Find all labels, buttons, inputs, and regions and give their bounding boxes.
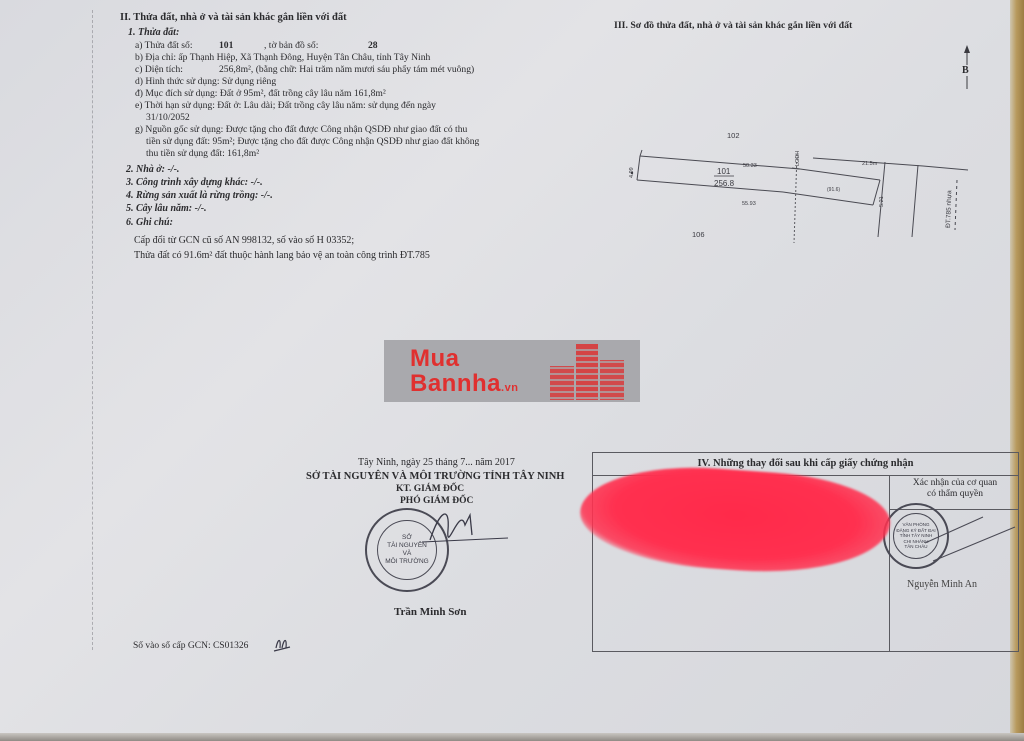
origin-line-2: tiền sử dụng đất: 95m²; Được tặng cho đấ… [146, 136, 479, 148]
house-item: 2. Nhà ở: -/-. [126, 164, 179, 175]
watermark-line-2: Bannha [410, 370, 501, 397]
section-2-title: II. Thửa đất, nhà ở và tài sản khác gắn … [120, 12, 347, 23]
north-label: B [962, 65, 969, 76]
neighbor-102: 102 [727, 131, 740, 140]
origin-line-3: thu tiền sử dụng đất: 161,8m² [146, 148, 259, 160]
watermark-logo: Mua Bannha.vn [384, 340, 640, 402]
address-line: b) Địa chỉ: ấp Thạnh Hiệp, Xã Thạnh Đông… [135, 52, 430, 64]
dim-left: 4.99 [629, 167, 635, 178]
building-icon [546, 342, 636, 402]
origin-line-1: g) Nguồn gốc sử dụng: Được tặng cho đất … [135, 124, 467, 136]
signature-scribble [420, 500, 510, 550]
area-label: c) Diện tích: [135, 64, 183, 76]
north-arrow-icon: B [960, 45, 974, 89]
parcel-number-value: 101 [219, 40, 233, 52]
dim-right: 5.21 [879, 196, 885, 207]
initials-scribble [272, 634, 292, 654]
stamp-line: SỞ [402, 534, 412, 542]
map-sheet-label: , tờ bản đồ số: [264, 40, 318, 52]
other-construction-item: 3. Công trình xây dựng khác: -/-. [126, 177, 263, 188]
authority-confirmation-header: Xác nhận của cơ quan có thẩm quyền [891, 478, 1019, 500]
planted-forest-item: 4. Rừng sản xuất là rừng trồng: -/-. [126, 190, 273, 201]
note-line-2: Thửa đất có 91.6m² đất thuộc hành lang b… [134, 250, 430, 262]
parcel-number-label-diagram: 101 [717, 167, 731, 176]
parcel-area-label-diagram: 256.8 [714, 179, 735, 188]
registry-number: Số vào sổ cấp GCN: CS01326 [133, 640, 248, 652]
fold-line [92, 10, 93, 650]
bottom-shadow [0, 733, 1024, 741]
usage-term-line: e) Thời hạn sử dụng: Đất ở: Lâu dài; Đất… [135, 100, 436, 112]
dim-bottom: 55.93 [742, 201, 756, 207]
parcel-diagram: 102 106 101 256.8 50.33 55.93 (91.6) 21.… [600, 110, 990, 260]
branch-signer-name: Nguyễn Minh An [907, 579, 977, 590]
section-3-title: III. Sơ đồ thửa đất, nhà ở và tài sản kh… [614, 20, 852, 31]
usage-form-line: d) Hình thức sử dụng: Sử dụng riêng [135, 76, 276, 88]
note-line-1: Cấp đổi từ GCN cũ số AN 998132, số vào s… [134, 235, 354, 247]
usage-term-date: 31/10/2052 [146, 112, 190, 124]
watermark-suffix: .vn [501, 382, 518, 394]
authority-header-line-1: Xác nhận của cơ quan [891, 478, 1019, 489]
authority-header-line-2: có thẩm quyền [891, 489, 1019, 500]
dim-right-top: 21.5m [862, 161, 878, 167]
place-date: Tây Ninh, ngày 25 tháng 7... năm 2017 [358, 457, 515, 469]
perennial-trees-item: 5. Cây lâu năm: -/-. [126, 203, 207, 214]
land-parcel-heading: 1. Thửa đất: [128, 27, 179, 38]
corridor-area: (91.6) [827, 187, 840, 193]
watermark-line-1: Mua [410, 346, 518, 371]
area-value: 256,8m², (bằng chữ: Hai trăm năm mươi sá… [219, 64, 474, 76]
branch-signature-scribble [923, 513, 1018, 563]
stamp-line: MÔI TRƯỜNG [385, 558, 429, 566]
corridor-label: LGĐH [795, 151, 801, 166]
signer-role-1: KT. GIÁM ĐỐC [396, 484, 464, 494]
stamp-line: VÀ [403, 550, 412, 558]
signer-name: Trần Minh Sơn [394, 606, 467, 618]
column-divider [889, 475, 890, 651]
parcel-number-label: a) Thửa đất số: [135, 40, 193, 52]
issuing-agency: SỞ TÀI NGUYÊN VÀ MÔI TRƯỜNG TỈNH TÂY NIN… [306, 471, 564, 482]
usage-purpose-line: đ) Mục đích sử dụng: Đất ở 95m², đất trồ… [135, 88, 386, 100]
notes-heading: 6. Ghi chú: [126, 217, 173, 228]
neighbor-106: 106 [692, 230, 705, 239]
map-sheet-value: 28 [368, 40, 378, 52]
road-label: ĐT.785 nhựa [945, 190, 953, 228]
dim-top: 50.33 [743, 163, 757, 169]
